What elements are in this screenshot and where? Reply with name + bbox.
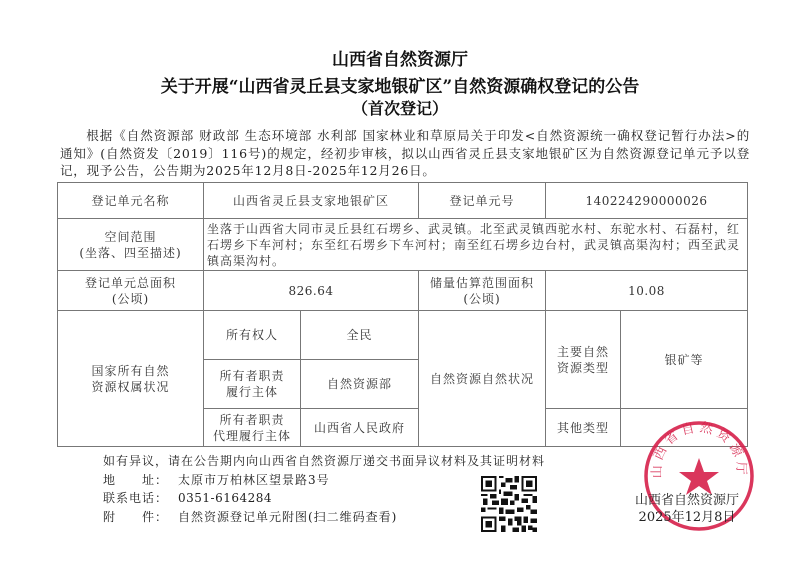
ownership-label-line2: 资源权属状况 [61,379,200,395]
natural-status-label: 自然资源自然状况 [419,311,546,447]
main-type-value: 银矿等 [621,311,748,409]
phone-line: 联系电话：0351-6164284 [103,489,545,508]
duty-label-line1: 所有者职责 [207,368,297,384]
phone-label: 联系电话： [103,489,178,508]
attachment-line: 附 件：自然资源登记单元附图(扫二维码查看) [103,508,545,527]
main-type-label: 主要自然资源类型 [546,311,621,409]
phone-value: 0351-6164284 [178,491,272,505]
signature-block: 山西省自然资源厅 2025年12月8日 [612,492,762,526]
issuer-title: 山西省自然资源厅 [0,45,800,70]
notice-title: 关于开展“山西省灵丘县支家地银矿区”自然资源确权登记的公告 [0,72,800,97]
unit-no-value: 140224290000026 [546,183,748,219]
signature-org: 山西省自然资源厅 [612,492,762,509]
unit-name-label: 登记单元名称 [58,183,204,219]
attachment-label: 附 件： [103,508,178,527]
registration-table: 登记单元名称 山西省灵丘县支家地银矿区 登记单元号 14022429000002… [57,182,748,447]
spatial-label-line2: (坐落、四至描述) [61,245,200,261]
address-line: 地 址：太原市万柏林区望景路3号 [103,471,545,490]
reserve-area-label-line2: (公顷) [422,291,542,307]
reserve-area-label-line1: 储量估算范围面积 [422,275,542,291]
qr-code-icon[interactable] [481,476,537,532]
ownership-label-line1: 国家所有自然 [61,363,200,379]
duty-label-line2: 履行主体 [207,384,297,400]
ownership-label: 国家所有自然资源权属状况 [58,311,204,447]
agent-label: 所有者职责代理履行主体 [204,409,301,447]
address-label: 地 址： [103,471,178,490]
objection-line: 如有异议，请在公告期内向山西省自然资源厅递交书面异议材料及其证明材料 [103,452,545,471]
agent-label-line1: 所有者职责 [207,412,297,428]
unit-no-label: 登记单元号 [419,183,546,219]
spatial-label-line1: 空间范围 [61,229,200,245]
intro-paragraph: 根据《自然资源部 财政部 生态环境部 水利部 国家林业和草原局关于印发<自然资源… [60,127,750,180]
attachment-value: 自然资源登记单元附图(扫二维码查看) [178,510,397,524]
duty-label: 所有者职责履行主体 [204,360,301,409]
address-value: 太原市万柏林区望景路3号 [178,473,330,487]
agent-label-line2: 代理履行主体 [207,428,297,444]
signature-date: 2025年12月8日 [612,509,762,526]
notice-subtitle: （首次登记） [0,96,800,119]
duty-value: 自然资源部 [301,360,419,409]
total-area-label-line2: (公顷) [61,291,200,307]
total-area-value: 826.64 [204,271,419,311]
unit-name-value: 山西省灵丘县支家地银矿区 [204,183,419,219]
reserve-area-label: 储量估算范围面积(公顷) [419,271,546,311]
agent-value: 山西省人民政府 [301,409,419,447]
other-type-label: 其他类型 [546,409,621,447]
total-area-label-line1: 登记单元总面积 [61,275,200,291]
owner-label: 所有权人 [204,311,301,360]
spatial-value: 坐落于山西省大同市灵丘县红石塄乡、武灵镇。北至武灵镇西驼水村、东驼水村、石磊村，… [204,219,748,271]
footer-info: 如有异议，请在公告期内向山西省自然资源厅递交书面异议材料及其证明材料 地 址：太… [103,452,545,526]
reserve-area-value: 10.08 [546,271,748,311]
owner-value: 全民 [301,311,419,360]
main-type-label-line1: 主要自然 [549,344,617,360]
spatial-label: 空间范围(坐落、四至描述) [58,219,204,271]
main-type-label-line2: 资源类型 [549,360,617,376]
intro-text: 根据《自然资源部 财政部 生态环境部 水利部 国家林业和草原局关于印发<自然资源… [60,128,750,178]
total-area-label: 登记单元总面积(公顷) [58,271,204,311]
